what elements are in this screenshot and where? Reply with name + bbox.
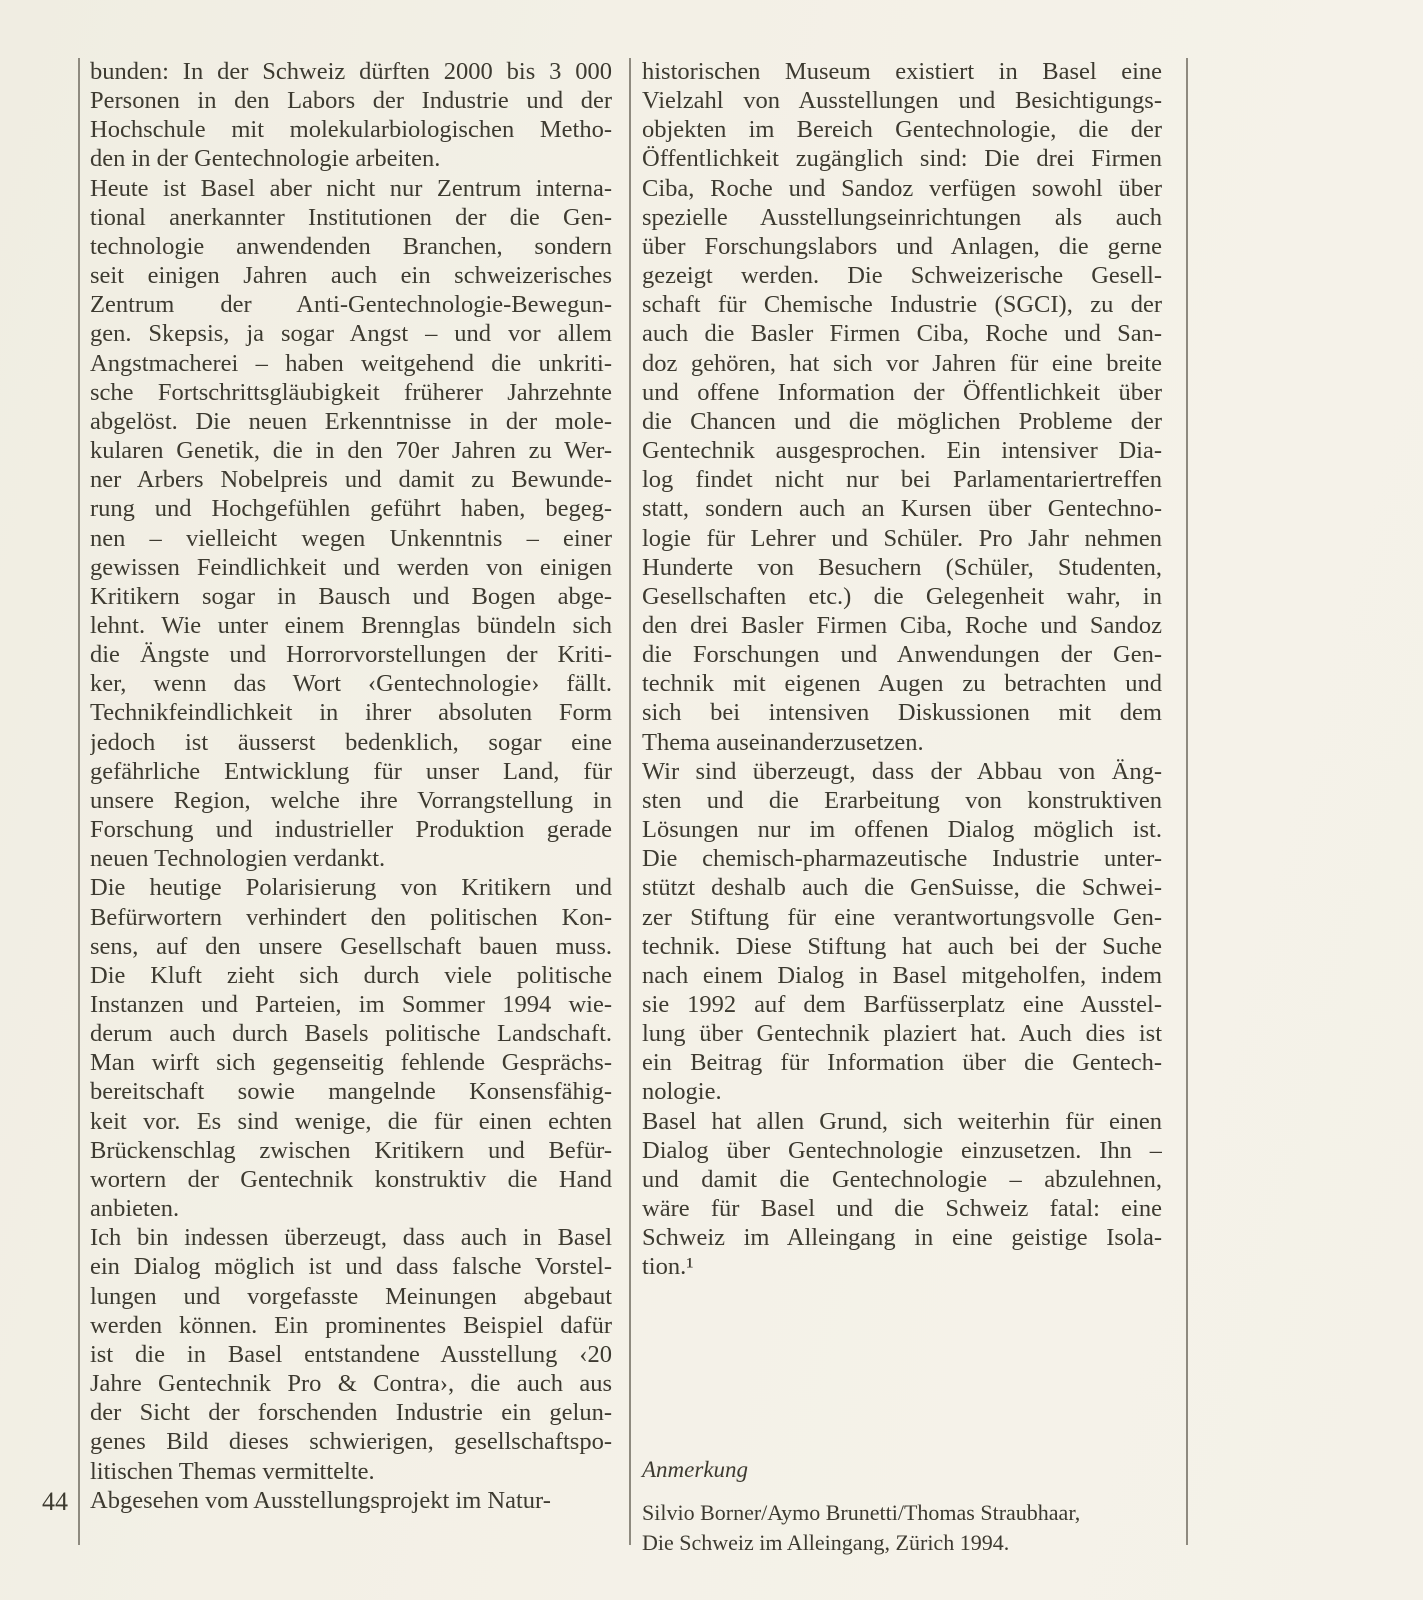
- text-line: historischen Museum existiert in Basel e…: [642, 57, 1162, 86]
- text-line: logie für Lehrer und Schüler. Pro Jahr n…: [642, 524, 1162, 553]
- left-text-column: bunden: In der Schweiz dürften 2000 bis …: [90, 57, 612, 1515]
- document-page: bunden: In der Schweiz dürften 2000 bis …: [0, 0, 1423, 1600]
- text-line: Gentechnik ausgesprochen. Ein intensiver…: [642, 436, 1162, 465]
- text-line: Ciba, Roche und Sandoz verfügen sowohl ü…: [642, 174, 1162, 203]
- text-line: den in der Gentechnologie arbeiten.: [90, 144, 612, 173]
- text-line: stützt deshalb auch die GenSuisse, die S…: [642, 873, 1162, 902]
- text-line: Die Schweiz im Alleingang, Zürich 1994.: [642, 1528, 1162, 1558]
- text-line: ner Arbers Nobelpreis und damit zu Bewun…: [90, 465, 612, 494]
- text-line: ein Dialog möglich ist und dass falsche …: [90, 1252, 612, 1281]
- text-line: lehnt. Wie unter einem Brennglas bündeln…: [90, 611, 612, 640]
- text-line: Heute ist Basel aber nicht nur Zentrum i…: [90, 174, 612, 203]
- text-line: litischen Themas vermittelte.: [90, 1457, 612, 1486]
- text-line: technik. Diese Stiftung hat auch bei der…: [642, 932, 1162, 961]
- text-line: Die heutige Polarisierung von Kritikern …: [90, 873, 612, 902]
- text-line: schaft für Chemische Industrie (SGCI), z…: [642, 290, 1162, 319]
- text-line: die Forschungen und Anwendungen der Gen-: [642, 640, 1162, 669]
- text-line: anbieten.: [90, 1194, 612, 1223]
- text-line: Technikfeindlichkeit in ihrer absoluten …: [90, 698, 612, 727]
- text-line: objekten im Bereich Gentechnologie, die …: [642, 115, 1162, 144]
- text-line: Hunderte von Besuchern (Schüler, Student…: [642, 553, 1162, 582]
- text-line: technik mit eigenen Augen zu betrachten …: [642, 669, 1162, 698]
- text-line: Jahre Gentechnik Pro & Contra›, die auch…: [90, 1369, 612, 1398]
- text-line: bunden: In der Schweiz dürften 2000 bis …: [90, 57, 612, 86]
- text-line: ker, wenn das Wort ‹Gentechnologie› fäll…: [90, 669, 612, 698]
- text-line: Basel hat allen Grund, sich weiterhin fü…: [642, 1107, 1162, 1136]
- text-line: Wir sind überzeugt, dass der Abbau von Ä…: [642, 757, 1162, 786]
- text-line: Die chemisch-pharmazeutische Industrie u…: [642, 844, 1162, 873]
- text-line: die Chancen und die möglichen Probleme d…: [642, 407, 1162, 436]
- text-line: technologie anwendenden Branchen, sonder…: [90, 232, 612, 261]
- text-line: sens, auf den unsere Gesellschaft bauen …: [90, 932, 612, 961]
- text-line: gewissen Feindlichkeit und werden von ei…: [90, 553, 612, 582]
- text-line: Hochschule mit molekularbiologischen Met…: [90, 115, 612, 144]
- text-line: keit vor. Es sind wenige, die für einen …: [90, 1107, 612, 1136]
- text-line: zer Stiftung für eine verantwortungsvoll…: [642, 903, 1162, 932]
- text-line: sie 1992 auf dem Barfüsserplatz eine Aus…: [642, 990, 1162, 1019]
- text-line: bereitschaft sowie mangelnde Konsensfähi…: [90, 1077, 612, 1106]
- text-line: Brückenschlag zwischen Kritikern und Bef…: [90, 1136, 612, 1165]
- text-line: nologie.: [642, 1077, 1162, 1106]
- text-line: Lösungen nur im offenen Dialog möglich i…: [642, 815, 1162, 844]
- text-line: gefährliche Entwicklung für unser Land, …: [90, 757, 612, 786]
- text-line: Personen in den Labors der Industrie und…: [90, 86, 612, 115]
- text-line: wortern der Gentechnik konstruktiv die H…: [90, 1165, 612, 1194]
- text-line: derum auch durch Basels politische Lands…: [90, 1019, 612, 1048]
- text-line: nach einem Dialog in Basel mitgeholfen, …: [642, 961, 1162, 990]
- text-line: Die Kluft zieht sich durch viele politis…: [90, 961, 612, 990]
- text-line: ein Beitrag für Information über die Gen…: [642, 1048, 1162, 1077]
- text-line: lungen und vorgefasste Meinungen abgebau…: [90, 1282, 612, 1311]
- text-line: Instanzen und Parteien, im Sommer 1994 w…: [90, 990, 612, 1019]
- text-line: unsere Region, welche ihre Vorrangstellu…: [90, 786, 612, 815]
- text-line: werden können. Ein prominentes Beispiel …: [90, 1311, 612, 1340]
- text-line: gezeigt werden. Die Schweizerische Gesel…: [642, 261, 1162, 290]
- text-line: Zentrum der Anti-Gentechnologie-Bewegun-: [90, 290, 612, 319]
- text-line: rung und Hochgefühlen geführt haben, beg…: [90, 494, 612, 523]
- text-line: sche Fortschrittsgläubigkeit früherer Ja…: [90, 378, 612, 407]
- text-line: auch die Basler Firmen Ciba, Roche und S…: [642, 319, 1162, 348]
- text-line: tional anerkannter Institutionen der die…: [90, 203, 612, 232]
- text-line: und offene Information der Öffentlichkei…: [642, 378, 1162, 407]
- text-line: Ich bin indessen überzeugt, dass auch in…: [90, 1223, 612, 1252]
- left-margin-rule: [78, 58, 80, 1545]
- text-line: die Ängste und Horrorvorstellungen der K…: [90, 640, 612, 669]
- text-line: neuen Technologien verdankt.: [90, 844, 612, 873]
- text-line: lung über Gentechnik plaziert hat. Auch …: [642, 1019, 1162, 1048]
- text-line: sich bei intensiven Diskussionen mit dem: [642, 698, 1162, 727]
- text-line: den drei Basler Firmen Ciba, Roche und S…: [642, 611, 1162, 640]
- text-line: Öffentlichkeit zugänglich sind: Die drei…: [642, 144, 1162, 173]
- text-line: statt, sondern auch an Kursen über Gente…: [642, 494, 1162, 523]
- text-line: Thema auseinanderzusetzen.: [642, 728, 1162, 757]
- footnote-citation: Silvio Borner/Aymo Brunetti/Thomas Strau…: [642, 1498, 1162, 1558]
- text-line: der Sicht der forschenden Industrie ein …: [90, 1398, 612, 1427]
- text-line: genes Bild dieses schwierigen, gesellsch…: [90, 1427, 612, 1456]
- text-line: doz gehören, hat sich vor Jahren für ein…: [642, 349, 1162, 378]
- text-line: Man wirft sich gegenseitig fehlende Gesp…: [90, 1048, 612, 1077]
- text-line: Dialog über Gentechnologie einzusetzen. …: [642, 1136, 1162, 1165]
- text-line: Kritikern sogar in Bausch und Bogen abge…: [90, 582, 612, 611]
- text-line: Forschung und industrieller Produktion g…: [90, 815, 612, 844]
- text-line: tion.¹: [642, 1252, 1162, 1281]
- footnote-heading: Anmerkung: [642, 1456, 1162, 1483]
- text-line: seit einigen Jahren auch ein schweizeris…: [90, 261, 612, 290]
- text-line: Silvio Borner/Aymo Brunetti/Thomas Strau…: [642, 1498, 1162, 1528]
- page-number: 44: [24, 1487, 68, 1516]
- text-line: gen. Skepsis, ja sogar Angst – und vor a…: [90, 319, 612, 348]
- text-line: kularen Genetik, die in den 70er Jahren …: [90, 436, 612, 465]
- text-line: abgelöst. Die neuen Erkenntnisse in der …: [90, 407, 612, 436]
- text-line: Schweiz im Alleingang in eine geistige I…: [642, 1223, 1162, 1252]
- text-line: ist die in Basel entstandene Ausstellung…: [90, 1340, 612, 1369]
- text-line: und damit die Gentechnologie – abzulehne…: [642, 1165, 1162, 1194]
- text-line: jedoch ist äusserst bedenklich, sogar ei…: [90, 728, 612, 757]
- text-line: nen – vielleicht wegen Unkenntnis – eine…: [90, 524, 612, 553]
- right-margin-rule: [1186, 58, 1188, 1545]
- text-line: über Forschungslabors und Anlagen, die g…: [642, 232, 1162, 261]
- right-text-column: historischen Museum existiert in Basel e…: [642, 57, 1162, 1282]
- text-line: spezielle Ausstellungseinrichtungen als …: [642, 203, 1162, 232]
- text-line: Angstmacherei – haben weitgehend die unk…: [90, 349, 612, 378]
- text-line: sten und die Erarbeitung von konstruktiv…: [642, 786, 1162, 815]
- column-divider-rule: [629, 58, 631, 1545]
- text-line: Abgesehen vom Ausstellungsprojekt im Nat…: [90, 1486, 612, 1515]
- text-line: Befürwortern verhindert den politischen …: [90, 903, 612, 932]
- text-line: Vielzahl von Ausstellungen und Besichtig…: [642, 86, 1162, 115]
- text-line: Gesellschaften etc.) die Gelegenheit wah…: [642, 582, 1162, 611]
- text-line: log findet nicht nur bei Parlamentariert…: [642, 465, 1162, 494]
- footnote-section: Anmerkung Silvio Borner/Aymo Brunetti/Th…: [642, 1456, 1162, 1558]
- text-line: wäre für Basel und die Schweiz fatal: ei…: [642, 1194, 1162, 1223]
